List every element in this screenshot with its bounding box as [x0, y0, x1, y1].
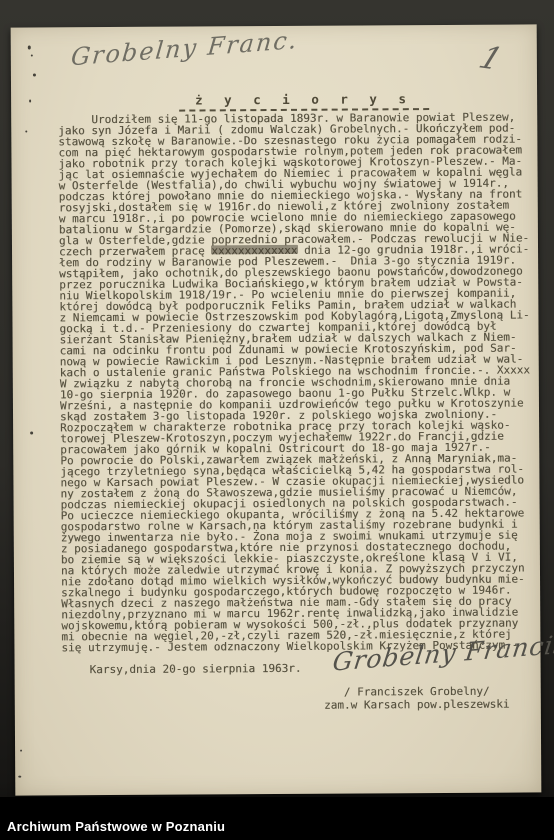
typed-signature-address: zam.w Karsach pow.pleszewski — [297, 697, 537, 711]
ink-speckle — [18, 776, 21, 778]
ink-speckle — [20, 750, 22, 752]
ink-speckle — [29, 99, 31, 102]
ink-speckle — [25, 131, 27, 133]
handwritten-header-note: Grobelny Franc. — [70, 26, 300, 72]
archive-footer-label: Archiwum Państwowe w Poznaniu — [7, 819, 225, 834]
document-page: Grobelny Franc. 1 ż y c i o r y s Urodzi… — [11, 24, 542, 795]
archive-footer-bar: Archiwum Państwowe w Poznaniu — [0, 797, 554, 840]
document-title: ż y c i o r y s — [179, 91, 429, 112]
ink-speckle — [30, 431, 33, 434]
document-body-text: Urodziłem się 11-go listopada 1893r. w B… — [58, 111, 537, 653]
date-place-line: Karsy,dnia 20-go sierpnia 1963r. — [90, 662, 302, 676]
typed-signature-block: / Franciszek Grobelny/ zam.w Karsach pow… — [297, 684, 537, 711]
ink-speckle — [28, 45, 31, 49]
ink-speckle — [33, 73, 36, 76]
page-number: 1 — [474, 40, 507, 77]
ink-speckle — [31, 54, 33, 56]
overtyped-strikeout-mark — [211, 245, 298, 255]
